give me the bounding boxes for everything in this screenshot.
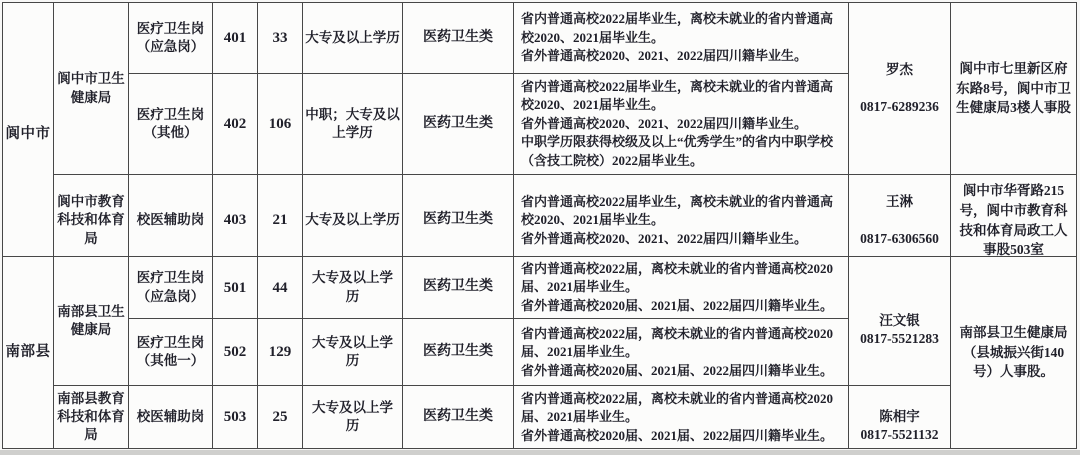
contact-name: 汪文银 [879,313,920,328]
contact-name: 王淋 [852,193,947,211]
bureau-cell: 南部县教育科技和体育局 [54,386,129,449]
education-cell: 大专及以上学 历 [303,386,403,449]
category-cell: 医药卫生类 [403,319,514,386]
requirements-cell: 省内普通高校2022届毕业生，离校未就业的省内普通高校2020、2021届毕业生… [514,175,849,267]
position-code-cell: 503 [213,386,258,449]
contact-name: 罗杰 [852,61,947,79]
bureau-cell: 阆中市教育科技和体育局 [54,175,129,267]
contact-cell: 陈相宇 0817-5521132 [849,386,951,449]
education-cell: 大专及以上学 历 [303,257,403,319]
position-code-cell: 501 [213,257,258,319]
headcount-cell: 21 [258,175,303,267]
headcount-cell: 33 [258,3,303,74]
position-cell: 医疗卫生岗 （其他一） [129,319,213,386]
contact-phone: 0817-5521283 [860,331,939,346]
category-cell: 医药卫生类 [403,3,514,74]
category-cell: 医药卫生类 [403,257,514,319]
category-cell: 医药卫生类 [403,386,514,449]
contact-phone: 0817-6289236 [852,98,947,116]
headcount-cell: 44 [258,257,303,319]
position-cell: 医疗卫生岗 （其他） [129,74,213,175]
education-cell: 大专及以上学历 [303,3,403,74]
recruitment-table-langzhong: 阆中市 阆中市卫生健康局 医疗卫生岗 （应急岗） 401 33 大专及以上学历 … [2,2,1077,267]
address-cell: 南部县卫生健康局（县城振兴街140号）人事股。 [951,257,1077,449]
scan-edge-shadow [0,450,1080,455]
requirements-cell: 省内普通高校2022届毕业生，离校未就业的省内普通高校2020、2021届毕业生… [514,3,849,74]
requirements-cell: 省内普通高校2022届毕业生，离校未就业的省内普通高校2020、2021届毕业生… [514,74,849,175]
position-cell: 医疗卫生岗 （应急岗） [129,3,213,74]
requirements-cell: 省内普通高校2022届，离校未就业的省内普通高校2020届、2021届毕业生。 … [514,386,849,449]
position-code-cell: 401 [213,3,258,74]
city-cell: 南部县 [3,257,54,449]
scanned-document-page: 阆中市 阆中市卫生健康局 医疗卫生岗 （应急岗） 401 33 大专及以上学历 … [0,0,1080,455]
address-cell: 阆中市七里新区府东路8号，阆中市卫生健康局3楼人事股 [951,3,1077,175]
requirements-cell: 省内普通高校2022届，离校未就业的省内普通高校2020届、2021届毕业生。 … [514,319,849,386]
contact-name: 陈相宇 [879,409,920,424]
position-cell: 校医辅助岗 [129,386,213,449]
education-cell: 大专及以上学历 [303,175,403,267]
headcount-cell: 129 [258,319,303,386]
contact-phone: 0817-6306560 [852,230,947,248]
education-cell: 中职；大专及以 上学历 [303,74,403,175]
headcount-cell: 106 [258,74,303,175]
contact-cell: 汪文银 0817-5521283 [849,257,951,386]
bureau-cell: 南部县卫生健康局 [54,257,129,386]
contact-cell: 王淋 0817-6306560 [849,175,951,267]
bureau-cell: 阆中市卫生健康局 [54,3,129,175]
contact-cell: 罗杰 0817-6289236 [849,3,951,175]
education-cell: 大专及以上学 历 [303,319,403,386]
position-code-cell: 403 [213,175,258,267]
headcount-cell: 25 [258,386,303,449]
recruitment-table-nanbu: 南部县 南部县卫生健康局 医疗卫生岗 （应急岗） 501 44 大专及以上学 历… [2,256,1077,449]
category-cell: 医药卫生类 [403,74,514,175]
position-code-cell: 402 [213,74,258,175]
contact-phone: 0817-5521132 [860,427,938,442]
requirements-cell: 省内普通高校2022届，离校未就业的省内普通高校2020届、2021届毕业生。 … [514,257,849,319]
category-cell: 医药卫生类 [403,175,514,267]
position-cell: 校医辅助岗 [129,175,213,267]
city-cell: 阆中市 [3,3,54,267]
position-code-cell: 502 [213,319,258,386]
address-cell: 阆中市华胥路215号，阆中市教育科技和体育局政工人事股503室 [951,175,1077,267]
position-cell: 医疗卫生岗 （应急岗） [129,257,213,319]
